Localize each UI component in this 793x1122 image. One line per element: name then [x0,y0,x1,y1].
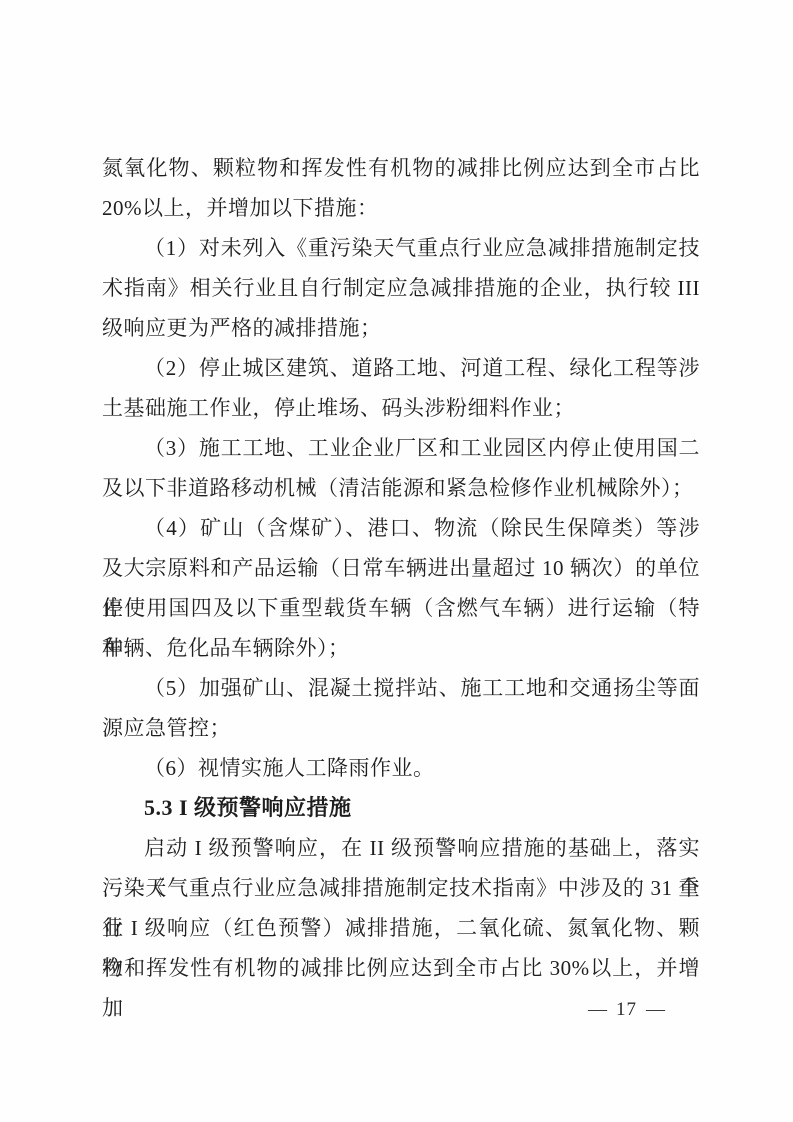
section-heading-5-3: 5.3 I 级预警响应措施 [102,788,700,828]
body-line: 及以下非道路移动机械（清洁能源和紧急检修作业机械除外）； [102,468,700,508]
body-line-item-5: （5）加强矿山、混凝土搅拌站、施工工地和交通扬尘等面 [102,668,700,708]
body-line: 源应急管控； [102,708,700,748]
page-number: 17 [616,999,637,1020]
body-line-item-3: （3）施工工地、工业企业厂区和工业园区内停止使用国二 [102,428,700,468]
body-line: 止使用国四及以下重型载货车辆（含燃气车辆）进行运输（特种 [102,588,700,628]
body-line: 污染天气重点行业应急减排措施制定技术指南》中涉及的 31 个行 [102,868,700,908]
body-line: 级响应更为严格的减排措施； [102,308,700,348]
body-line: 物和挥发性有机物的减排比例应达到全市占比 30%以上，并增加 [102,948,700,988]
body-line-item-6: （6）视情实施人工降雨作业。 [102,748,700,788]
footer-right-dash: — [646,999,665,1020]
body-line: 启动 I 级预警响应，在 II 级预警响应措施的基础上，落实《重 [102,828,700,868]
body-line: 氮氧化物、颗粒物和挥发性有机物的减排比例应达到全市占比 [102,148,700,188]
footer-left-dash: — [588,999,607,1020]
body-line-item-4: （4）矿山（含煤矿）、港口、物流（除民生保障类）等涉 [102,508,700,548]
body-line: 20%以上，并增加以下措施： [102,188,700,228]
body-line: 及大宗原料和产品运输（日常车辆进出量超过 10 辆次）的单位停 [102,548,700,588]
page-footer: —17— [588,996,665,1024]
body-line: 车辆、危化品车辆除外）； [102,628,700,668]
document-page: 氮氧化物、颗粒物和挥发性有机物的减排比例应达到全市占比 20%以上，并增加以下措… [0,0,793,1122]
text-block: 氮氧化物、颗粒物和挥发性有机物的减排比例应达到全市占比 20%以上，并增加以下措… [102,148,700,988]
body-line-item-2: （2）停止城区建筑、道路工地、河道工程、绿化工程等涉 [102,348,700,388]
body-line-item-1: （1）对未列入《重污染天气重点行业应急减排措施制定技 [102,228,700,268]
body-line: 业 I 级响应（红色预警）减排措施，二氧化硫、氮氧化物、颗粒 [102,908,700,948]
body-line: 术指南》相关行业且自行制定应急减排措施的企业，执行较 III [102,268,700,308]
body-line: 土基础施工作业，停止堆场、码头涉粉细料作业； [102,388,700,428]
